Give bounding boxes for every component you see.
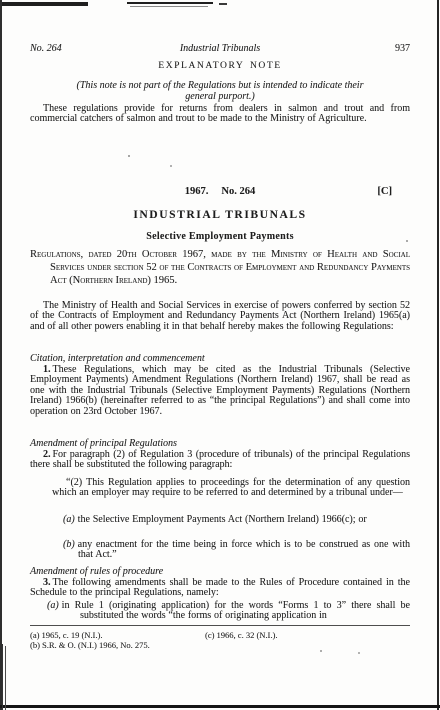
section-2-heading: Amendment of principal Regulations	[30, 438, 410, 449]
scan-speckles	[128, 155, 130, 157]
section-3-item-a: (a)in Rule 1 (originating application) f…	[47, 601, 410, 622]
footnote-c: (c) 1966, c. 32 (N.I.).	[205, 630, 277, 640]
crown-copyright-mark: [C]	[377, 186, 392, 197]
scan-edge-top-middle-shadow	[130, 6, 208, 7]
regulation-number: No. 264	[221, 186, 255, 197]
scanned-page: No. 264 Industrial Tribunals 937 EXPLANA…	[0, 0, 440, 710]
footnotes: (a) 1965, c. 19 (N.I.). (c) 1966, c. 32 …	[30, 630, 410, 652]
scan-edge-left	[0, 0, 2, 710]
header-title: Industrial Tribunals	[120, 43, 320, 54]
regulation-number-line: 1967.No. 264 [C]	[30, 186, 410, 197]
scan-edge-top-dash	[219, 3, 227, 5]
explanatory-note-body: These regulations provide for returns fr…	[30, 104, 410, 125]
header-regulation-number: No. 264	[30, 43, 120, 54]
regulation-preamble: Regulations, dated 20th October 1967, ma…	[30, 248, 410, 287]
footnote-b: (b) S.R. & O. (N.I.) 1966, No. 275.	[30, 640, 150, 650]
scan-edge-bottom-left-line-1	[2, 644, 3, 710]
footnote-rule	[30, 625, 410, 626]
section-2-item-a: (a)the Selective Employment Payments Act…	[63, 515, 410, 525]
section-1-body: 1.These Regulations, which may be cited …	[30, 365, 410, 417]
item-a-text: the Selective Employment Payments Act (N…	[78, 514, 367, 525]
running-header: No. 264 Industrial Tribunals 937	[30, 43, 410, 54]
regulation-title: INDUSTRIAL TRIBUNALS	[30, 209, 410, 221]
header-page-number: 937	[320, 43, 410, 54]
scan-edge-right	[437, 0, 439, 710]
explanatory-note-subtitle: (This note is not part of the Regulation…	[68, 81, 372, 102]
section-3-body: 3.The following amendments shall be made…	[30, 578, 410, 599]
item-b-label: (b)	[63, 539, 75, 550]
scan-edge-bottom-left-line-2	[5, 646, 6, 710]
section-3-text: The following amendments shall be made t…	[30, 577, 410, 598]
scan-edge-top-left	[0, 2, 88, 6]
section-2-text: For paragraph (2) of Regulation 3 (proce…	[30, 449, 410, 470]
section-3-item-a-label: (a)	[47, 600, 59, 611]
item-b-text: any enactment for the time being in forc…	[78, 539, 410, 560]
section-1-text: These Regulations, which may be cited as…	[30, 364, 410, 417]
section-3-heading: Amendment of rules of procedure	[30, 566, 410, 577]
section-2-item-b: (b)any enactment for the time being in f…	[63, 540, 410, 561]
regulation-year: 1967.	[185, 186, 209, 197]
item-a-label: (a)	[63, 514, 75, 525]
scan-edge-bottom	[0, 705, 440, 708]
scan-edge-top-middle	[127, 2, 213, 5]
section-1-heading: Citation, interpretation and commencemen…	[30, 353, 410, 364]
section-2-quoted-paragraph: “(2) This Regulation applies to proceedi…	[52, 478, 410, 499]
explanatory-note-title: EXPLANATORY NOTE	[30, 61, 410, 71]
section-3-item-a-text: in Rule 1 (originating application) for …	[62, 600, 410, 621]
section-2-number: 2.	[43, 449, 51, 460]
regulation-subtitle: Selective Employment Payments	[30, 231, 410, 242]
section-2-body: 2.For paragraph (2) of Regulation 3 (pro…	[30, 450, 410, 471]
footnote-a: (a) 1965, c. 19 (N.I.).	[30, 630, 102, 640]
section-3-number: 3.	[43, 577, 51, 588]
enacting-paragraph: The Ministry of Health and Social Servic…	[30, 301, 410, 332]
section-1-number: 1.	[43, 364, 51, 375]
